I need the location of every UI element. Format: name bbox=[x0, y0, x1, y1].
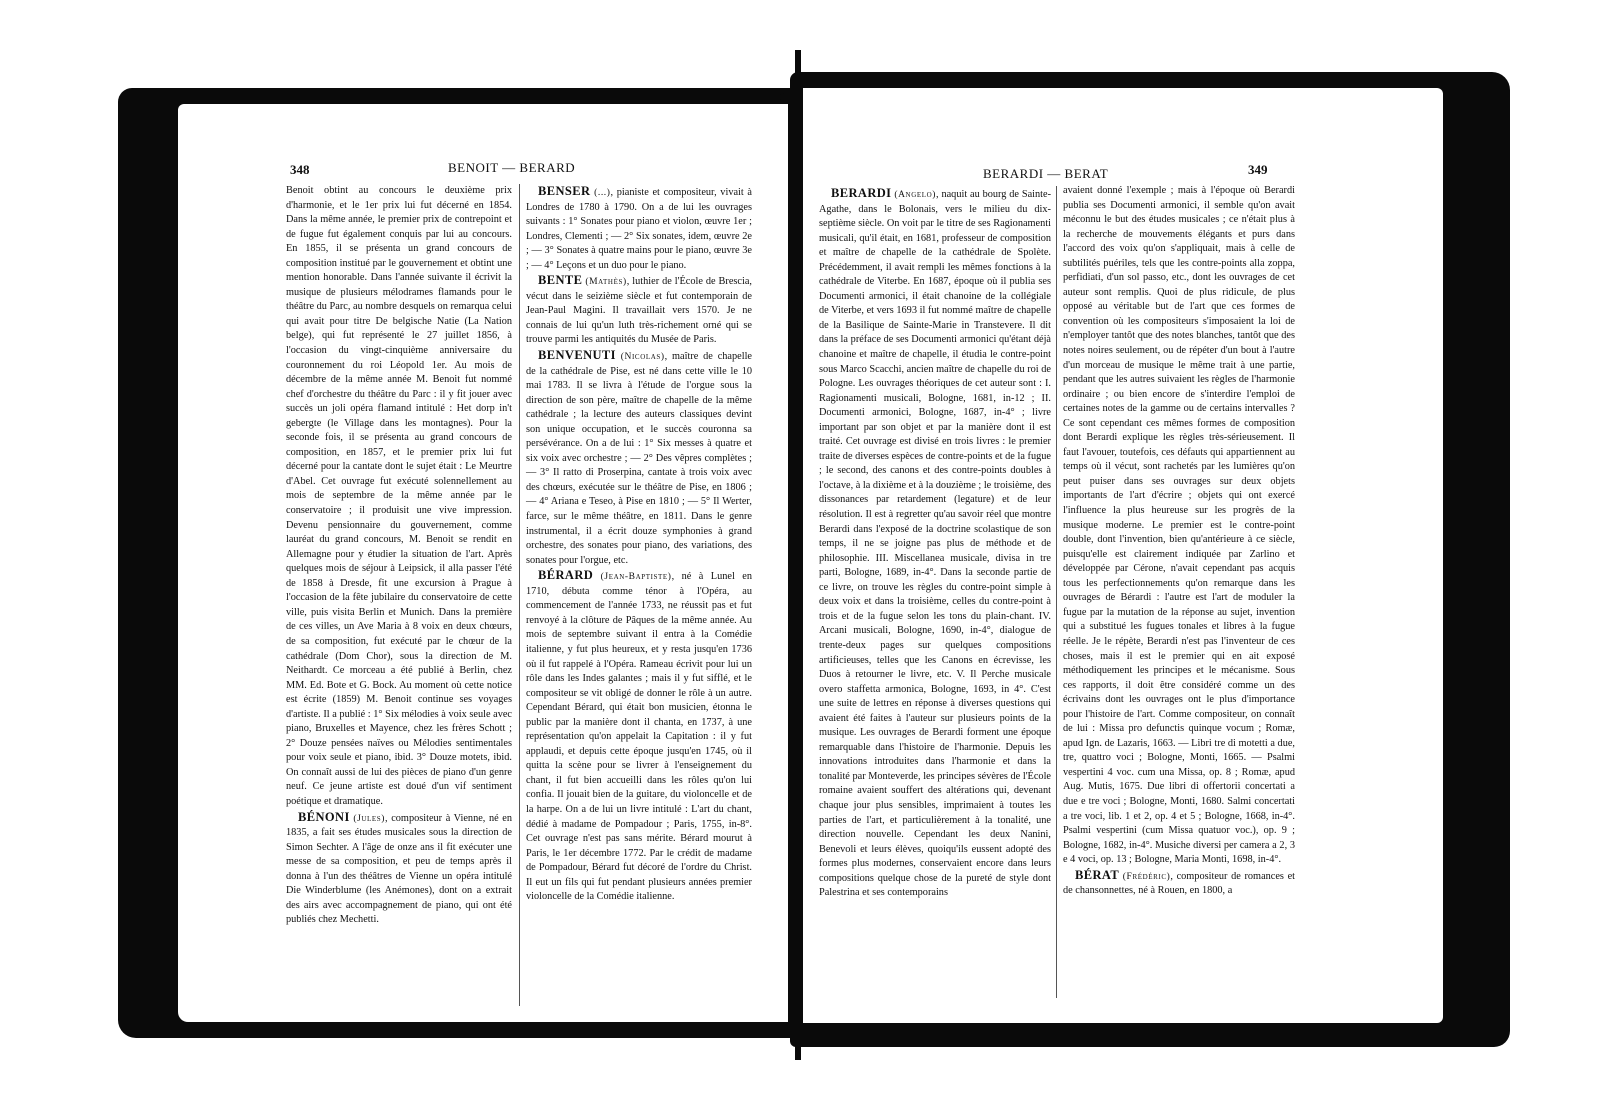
entry-headword: BENTE bbox=[538, 273, 582, 287]
page-number: 349 bbox=[1248, 162, 1268, 178]
running-head: BENOIT — BERARD bbox=[448, 160, 575, 176]
entry-qualifier: (Jean-Baptiste) bbox=[601, 572, 672, 582]
dictionary-entry: BÉNONI (Jules), compositeur à Vienne, né… bbox=[286, 810, 512, 928]
entry-headword: BERARDI bbox=[831, 186, 891, 200]
entry-text: , pianiste et compositeur, vivait à Lond… bbox=[526, 187, 752, 271]
entry-headword: BÉRAT bbox=[1075, 868, 1119, 882]
entry-qualifier: (Mathès) bbox=[585, 277, 626, 287]
right-page: BERARDI — BERAT 349 BERARDI (Angelo), na… bbox=[803, 88, 1443, 1023]
text-column-2: BENSER (...), pianiste et compositeur, v… bbox=[526, 184, 752, 905]
column-rule bbox=[519, 184, 520, 1006]
entry-qualifier: (Jules) bbox=[353, 814, 385, 824]
continued-paragraph: avaient donné l'exemple ; mais à l'époqu… bbox=[1063, 184, 1295, 868]
entry-text: , naquit au bourg de Sainte-Agathe, dans… bbox=[819, 189, 1051, 898]
entry-qualifier: (Nicolas) bbox=[621, 352, 665, 362]
entry-text: Benoit obtint au concours le deuxième pr… bbox=[286, 185, 512, 807]
entry-text: , né à Lunel en 1710, débuta comme ténor… bbox=[526, 571, 752, 902]
book-gutter bbox=[795, 50, 801, 1060]
column-rule bbox=[1056, 186, 1057, 998]
dictionary-entry: BENVENUTI (Nicolas), maître de chapelle … bbox=[526, 348, 752, 568]
page-number: 348 bbox=[290, 162, 310, 178]
continued-paragraph: Benoit obtint au concours le deuxième pr… bbox=[286, 184, 512, 810]
entry-qualifier: (...) bbox=[594, 188, 610, 198]
text-column-4: avaient donné l'exemple ; mais à l'époqu… bbox=[1063, 184, 1295, 899]
text-column-3: BERARDI (Angelo), naquit au bourg de Sai… bbox=[819, 186, 1051, 901]
dictionary-entry: BÉRARD (Jean-Baptiste), né à Lunel en 17… bbox=[526, 568, 752, 905]
running-head: BERARDI — BERAT bbox=[983, 166, 1108, 182]
text-column-1: Benoit obtint au concours le deuxième pr… bbox=[286, 184, 512, 928]
dictionary-entry: BÉRAT (Frédéric), compositeur de romance… bbox=[1063, 868, 1295, 899]
entry-headword: BÉNONI bbox=[298, 810, 350, 824]
entry-headword: BENVENUTI bbox=[538, 348, 616, 362]
entry-text: , compositeur à Vienne, né en 1835, a fa… bbox=[286, 813, 512, 926]
dictionary-entry: BENSER (...), pianiste et compositeur, v… bbox=[526, 184, 752, 273]
dictionary-entry: BERARDI (Angelo), naquit au bourg de Sai… bbox=[819, 186, 1051, 901]
entry-headword: BENSER bbox=[538, 184, 590, 198]
dictionary-entry: BENTE (Mathès), luthier de l'École de Br… bbox=[526, 273, 752, 348]
left-page: 348 BENOIT — BERARD Benoit obtint au con… bbox=[178, 104, 788, 1022]
entry-text: avaient donné l'exemple ; mais à l'époqu… bbox=[1063, 185, 1295, 865]
entry-qualifier: (Angelo) bbox=[894, 190, 936, 200]
entry-text: , maître de chapelle de la cathédrale de… bbox=[526, 351, 752, 566]
entry-qualifier: (Frédéric) bbox=[1123, 872, 1171, 882]
entry-headword: BÉRARD bbox=[538, 568, 593, 582]
